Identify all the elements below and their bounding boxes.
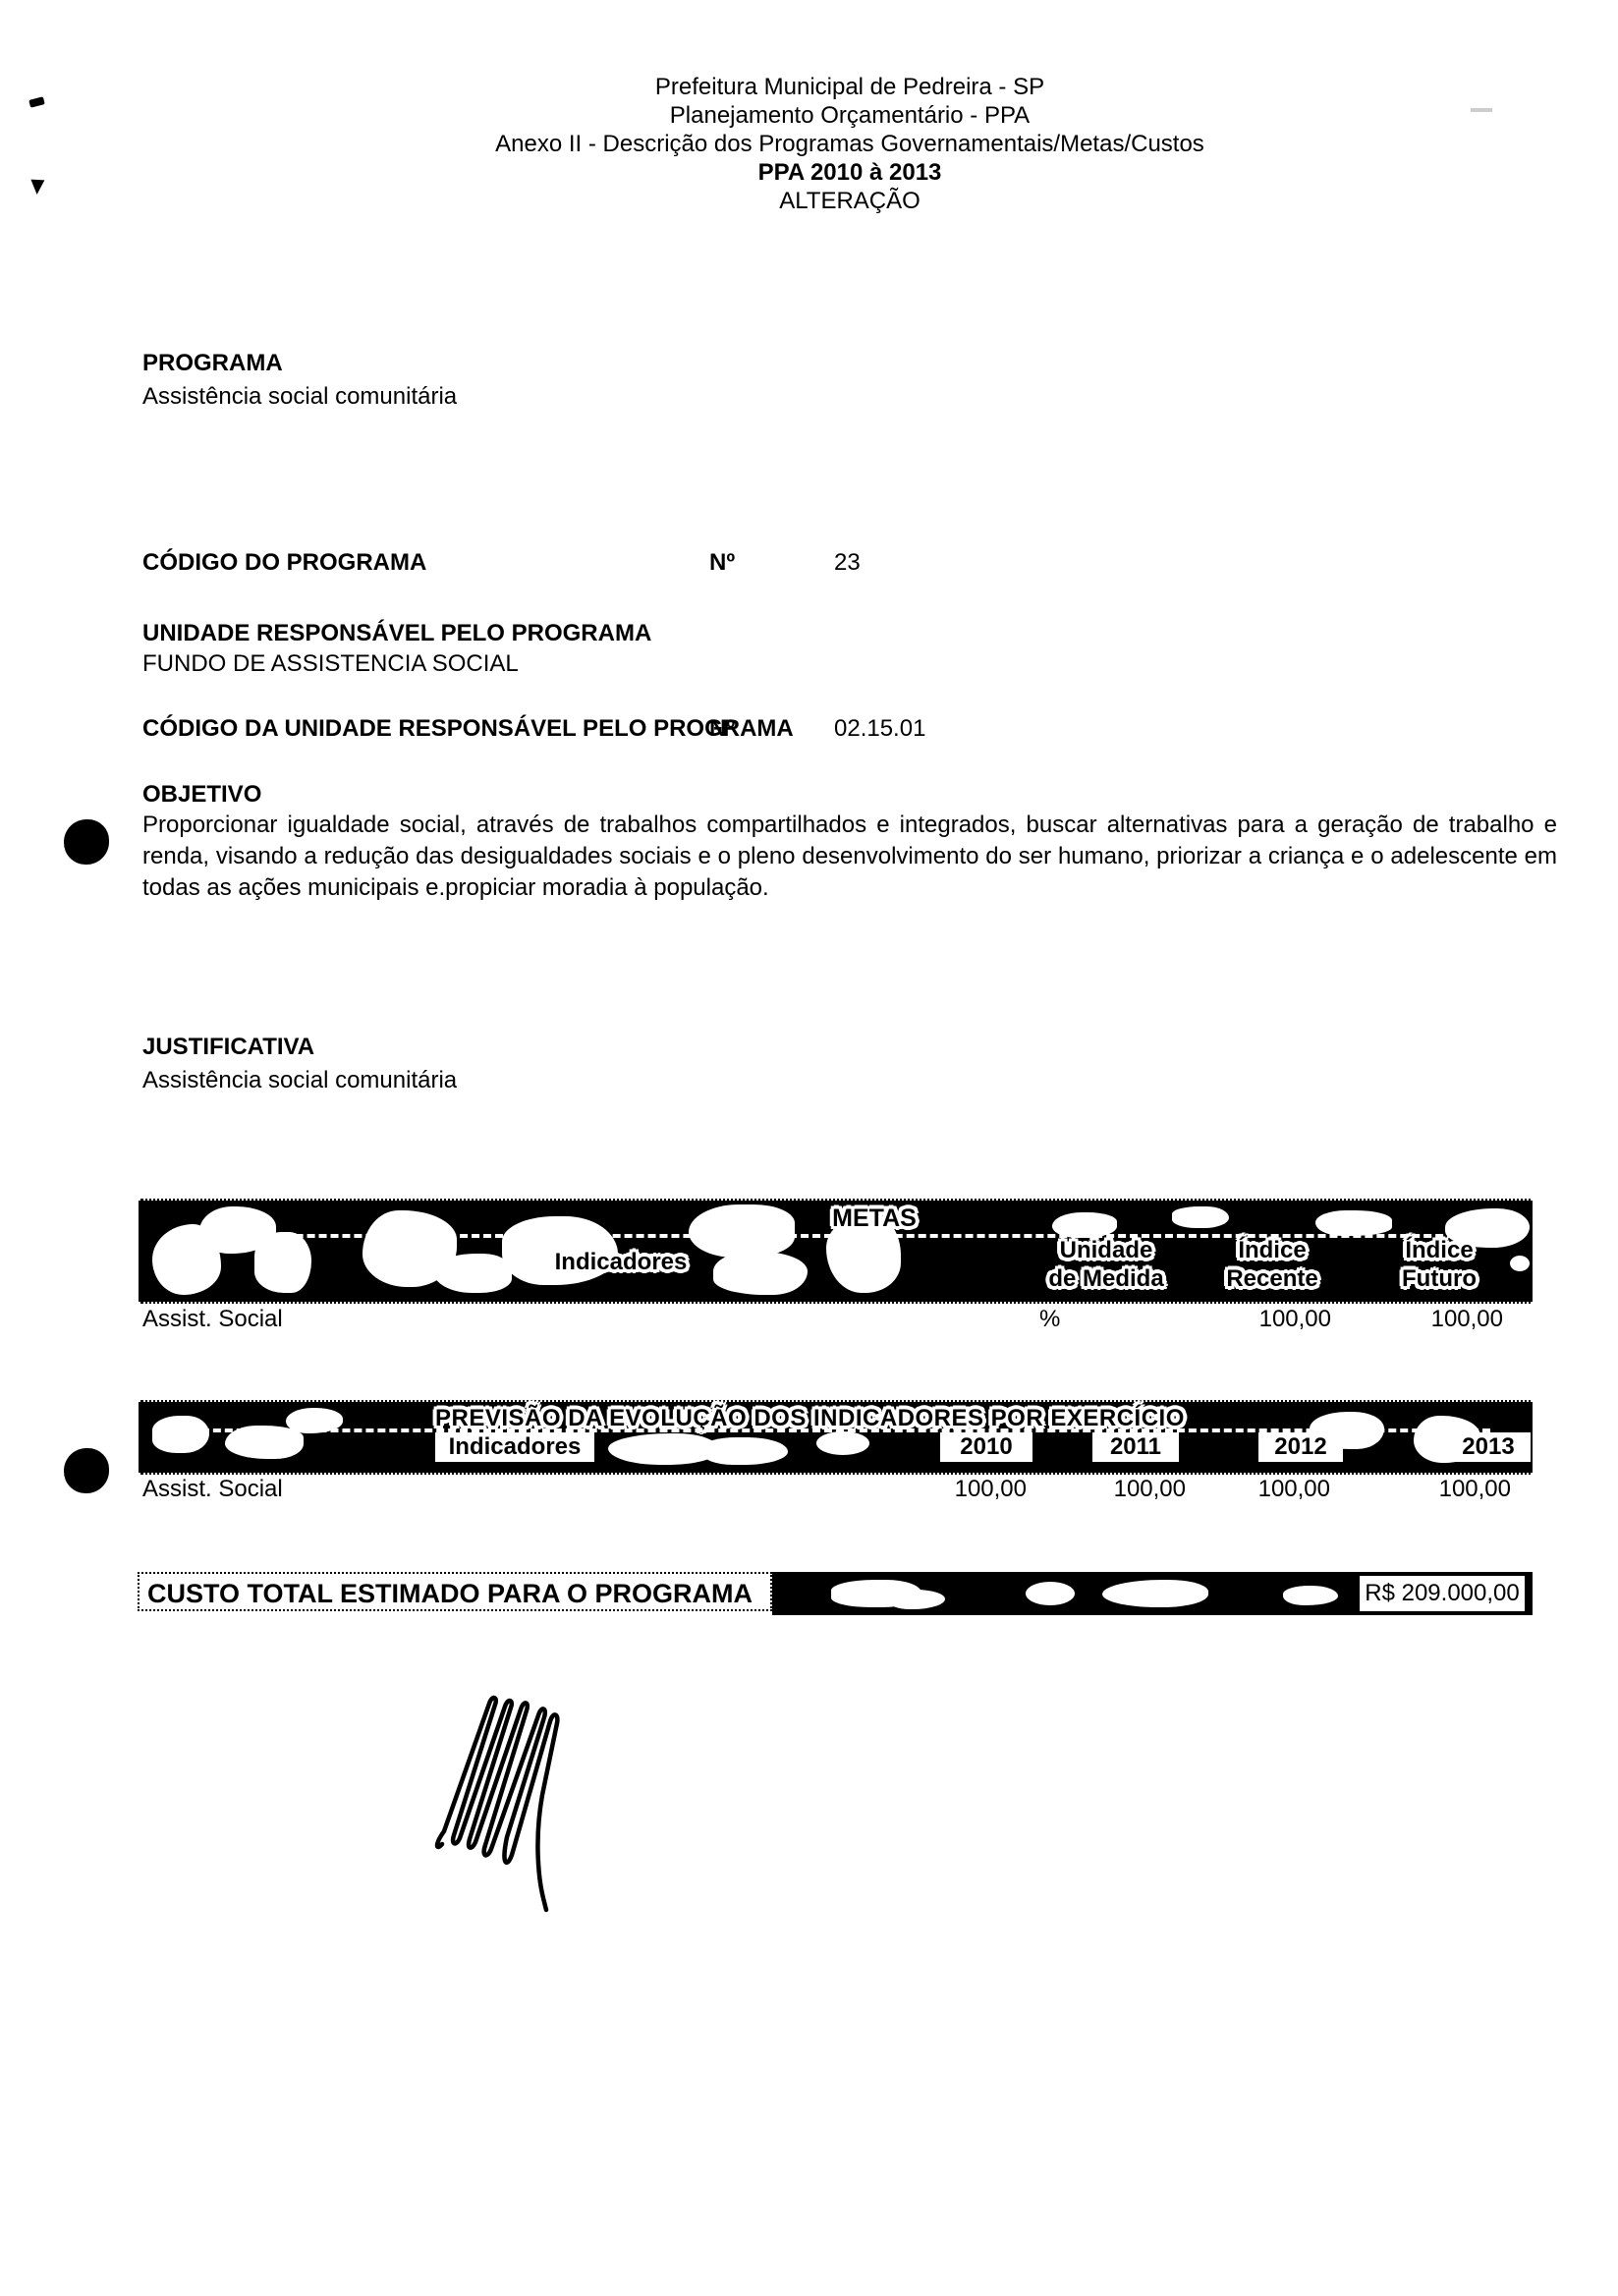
header-ppa-period: PPA 2010 à 2013: [0, 158, 1618, 187]
scan-artifact: [689, 1204, 795, 1258]
custo-total-label: CUSTO TOTAL ESTIMADO PARA O PROGRAMA: [138, 1572, 772, 1611]
previsao-row-value-2010: 100,00: [919, 1476, 1027, 1503]
previsao-row-value-2012: 100,00: [1222, 1476, 1330, 1503]
previsao-col-year-2011: 2011: [1092, 1432, 1179, 1462]
scan-artifact: [1510, 1256, 1530, 1271]
document-header: Prefeitura Municipal de Pedreira - SP Pl…: [0, 73, 1618, 215]
previsao-col-indicadores: Indicadores: [435, 1432, 594, 1462]
metas-col-indicadores: Indicadores: [555, 1248, 688, 1276]
previsao-row-indicador: Assist. Social: [142, 1476, 283, 1503]
scan-artifact: [152, 1416, 209, 1453]
unidade-responsavel-label: UNIDADE RESPONSÁVEL PELO PROGRAMA: [142, 620, 651, 647]
objetivo-label: OBJETIVO: [142, 781, 261, 809]
metas-col-unidade-line2: de Medida: [1048, 1264, 1163, 1293]
custo-total-band: R$ 209.000,00: [772, 1572, 1533, 1615]
hole-punch-mark: [64, 1448, 109, 1493]
header-municipality: Prefeitura Municipal de Pedreira - SP: [0, 73, 1618, 101]
metas-table-title: METAS: [832, 1204, 917, 1233]
header-annex-title: Anexo II - Descrição dos Programas Gover…: [0, 130, 1618, 158]
scan-artifact: [1315, 1210, 1392, 1236]
objetivo-text: Proporcionar igualdade social, através d…: [142, 810, 1557, 904]
metas-row-indice-recente: 100,00: [1223, 1306, 1331, 1333]
scan-artifact: [1026, 1582, 1075, 1605]
codigo-programa-label: CÓDIGO DO PROGRAMA: [142, 549, 426, 577]
previsao-col-year-2013: 2013: [1446, 1432, 1531, 1462]
scan-artifact: [1172, 1206, 1229, 1228]
scan-artifact: [433, 1254, 512, 1293]
metas-col-futuro-line1: Índice: [1402, 1236, 1477, 1264]
justificativa-value: Assistência social comunitária: [142, 1067, 457, 1094]
metas-row-unidade: %: [1039, 1306, 1060, 1333]
codigo-programa-numero-label: Nº: [709, 549, 735, 577]
previsao-table-header-band: PREVISÃO DA EVOLUÇÃO DOS INDICADORES POR…: [139, 1400, 1533, 1475]
header-department: Planejamento Orçamentário - PPA: [0, 101, 1618, 130]
metas-col-futuro-line2: Futuro: [1402, 1264, 1477, 1293]
signature: [432, 1682, 580, 1918]
codigo-programa-value: 23: [834, 549, 861, 577]
header-alteracao: ALTERAÇÃO: [0, 187, 1618, 215]
scan-artifact: [713, 1252, 808, 1295]
codigo-unidade-value: 02.15.01: [834, 715, 925, 743]
previsao-row-value-2013: 100,00: [1403, 1476, 1511, 1503]
custo-total-value: R$ 209.000,00: [1360, 1576, 1525, 1611]
unidade-responsavel-value: FUNDO DE ASSISTENCIA SOCIAL: [142, 650, 519, 678]
scan-artifact: [608, 1433, 718, 1465]
metas-col-recente-line1: Índice: [1226, 1236, 1317, 1264]
metas-col-indice-futuro: Índice Futuro: [1402, 1236, 1477, 1293]
metas-row-indicador: Assist. Social: [142, 1306, 283, 1333]
scan-artifact: [254, 1232, 311, 1293]
signature-scribble: [432, 1682, 580, 1918]
hole-punch-mark: [64, 819, 109, 865]
justificativa-label: JUSTIFICATIVA: [142, 1034, 314, 1061]
document-page: Prefeitura Municipal de Pedreira - SP Pl…: [0, 0, 1618, 2296]
scan-artifact: [888, 1590, 945, 1609]
codigo-unidade-numero-label: Nº: [709, 715, 735, 743]
scan-artifact: [1102, 1580, 1208, 1607]
scan-artifact: [1283, 1586, 1338, 1605]
scan-artifact: [703, 1437, 788, 1465]
metas-col-unidade-line1: Unidade: [1048, 1236, 1163, 1264]
metas-col-recente-line2: Recente: [1226, 1264, 1317, 1293]
metas-col-indice-recente: Índice Recente: [1226, 1236, 1317, 1293]
programa-label: PROGRAMA: [142, 350, 283, 377]
custo-total-row: CUSTO TOTAL ESTIMADO PARA O PROGRAMA R$ …: [138, 1572, 1533, 1615]
previsao-col-year-2010: 2010: [940, 1432, 1032, 1462]
codigo-unidade-label: CÓDIGO DA UNIDADE RESPONSÁVEL PELO PROGR…: [142, 715, 794, 743]
metas-row-indice-futuro: 100,00: [1395, 1306, 1503, 1333]
programa-value: Assistência social comunitária: [142, 383, 457, 411]
metas-table-header-band: METAS Indicadores Unidade de Medida Índi…: [139, 1199, 1533, 1304]
scan-artifact: [816, 1431, 869, 1455]
previsao-row-value-2011: 100,00: [1078, 1476, 1186, 1503]
metas-col-unidade-de-medida: Unidade de Medida: [1048, 1236, 1163, 1293]
previsao-col-year-2012: 2012: [1258, 1432, 1343, 1462]
